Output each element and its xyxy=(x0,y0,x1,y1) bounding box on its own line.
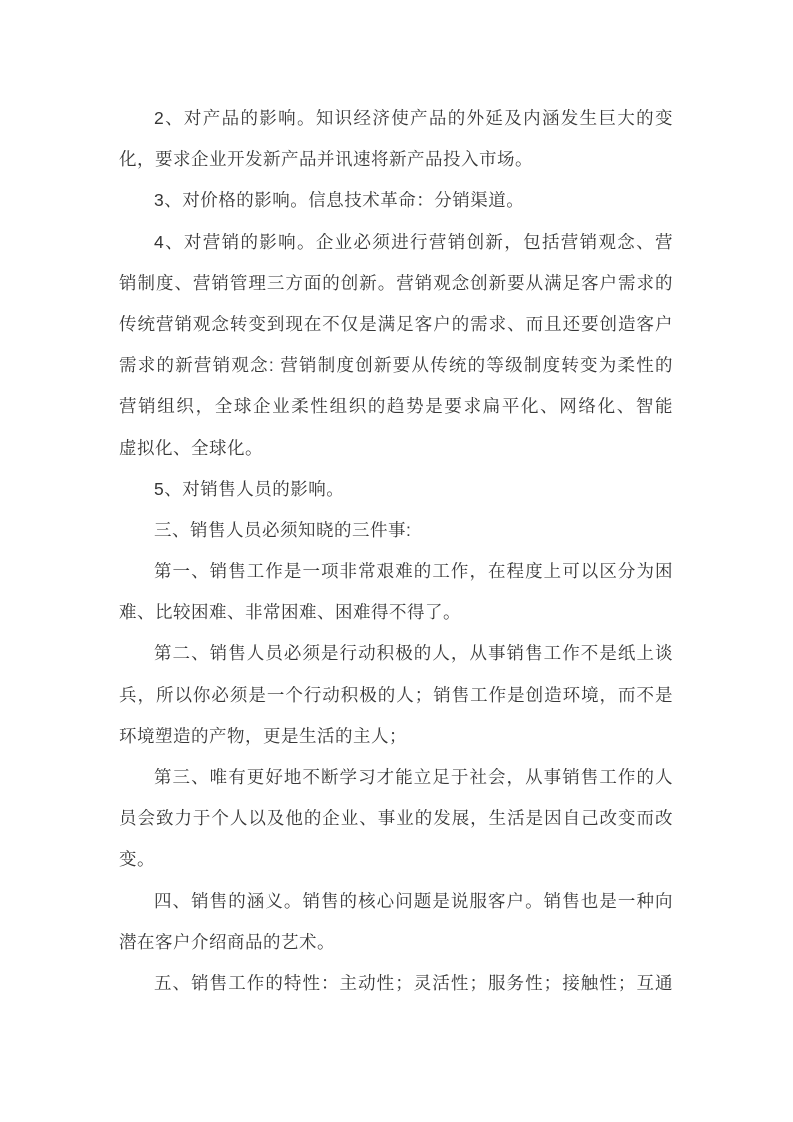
text-line: 传统营销观念转变到现在不仅是满足客户的需求、而且还要创造客户 xyxy=(119,304,673,345)
text-line: 2、对产品的影响。知识经济使产品的外延及内涵发生巨大的变 xyxy=(119,98,673,139)
text-line: 需求的新营销观念: 营销制度创新要从传统的等级制度转变为柔性的 xyxy=(119,345,673,386)
text-line: 第二、销售人员必须是行动积极的人，从事销售工作不是纸上谈 xyxy=(119,633,673,674)
text-line: 五、销售工作的特性：主动性；灵活性；服务性；接触性；互通 xyxy=(119,963,673,1004)
text-line: 兵，所以你必须是一个行动积极的人；销售工作是创造环境，而不是 xyxy=(119,675,673,716)
paragraph: 第三、唯有更好地不断学习才能立足于社会，从事销售工作的人员会致力于个人以及他的企… xyxy=(119,757,673,881)
paragraph: 五、销售工作的特性：主动性；灵活性；服务性；接触性；互通 xyxy=(119,963,673,1004)
paragraph: 5、对销售人员的影响。 xyxy=(119,469,673,510)
paragraph: 2、对产品的影响。知识经济使产品的外延及内涵发生巨大的变化，要求企业开发新产品并… xyxy=(119,98,673,180)
text-line: 员会致力于个人以及他的企业、事业的发展，生活是因自己改变而改 xyxy=(119,798,673,839)
document-page: 2、对产品的影响。知识经济使产品的外延及内涵发生巨大的变化，要求企业开发新产品并… xyxy=(0,0,793,1122)
paragraph: 四、销售的涵义。销售的核心问题是说服客户。销售也是一种向潜在客户介绍商品的艺术。 xyxy=(119,881,673,963)
text-line: 难、比较困难、非常困难、困难得不得了。 xyxy=(119,592,673,633)
text-line: 5、对销售人员的影响。 xyxy=(119,469,673,510)
text-line: 第三、唯有更好地不断学习才能立足于社会，从事销售工作的人 xyxy=(119,757,673,798)
text-line: 第一、销售工作是一项非常艰难的工作，在程度上可以区分为困 xyxy=(119,551,673,592)
paragraph: 第一、销售工作是一项非常艰难的工作，在程度上可以区分为困难、比较困难、非常困难、… xyxy=(119,551,673,633)
text-line: 4、对营销的影响。企业必须进行营销创新，包括营销观念、营 xyxy=(119,222,673,263)
paragraph: 4、对营销的影响。企业必须进行营销创新，包括营销观念、营销制度、营销管理三方面的… xyxy=(119,222,673,469)
text-line: 三、销售人员必须知晓的三件事: xyxy=(119,510,673,551)
paragraph: 第二、销售人员必须是行动积极的人，从事销售工作不是纸上谈兵，所以你必须是一个行动… xyxy=(119,633,673,757)
paragraph: 3、对价格的影响。信息技术革命：分销渠道。 xyxy=(119,180,673,221)
text-line: 3、对价格的影响。信息技术革命：分销渠道。 xyxy=(119,180,673,221)
text-line: 销制度、营销管理三方面的创新。营销观念创新要从满足客户需求的 xyxy=(119,263,673,304)
text-line: 环境塑造的产物，更是生活的主人； xyxy=(119,716,673,757)
text-line: 化，要求企业开发新产品并讯速将新产品投入市场。 xyxy=(119,139,673,180)
document-body: 2、对产品的影响。知识经济使产品的外延及内涵发生巨大的变化，要求企业开发新产品并… xyxy=(119,98,673,1004)
text-line: 虚拟化、全球化。 xyxy=(119,428,673,469)
text-line: 四、销售的涵义。销售的核心问题是说服客户。销售也是一种向 xyxy=(119,881,673,922)
paragraph: 三、销售人员必须知晓的三件事: xyxy=(119,510,673,551)
text-line: 变。 xyxy=(119,839,673,880)
text-line: 潜在客户介绍商品的艺术。 xyxy=(119,922,673,963)
text-line: 营销组织，全球企业柔性组织的趋势是要求扁平化、网络化、智能化、 xyxy=(119,386,673,427)
